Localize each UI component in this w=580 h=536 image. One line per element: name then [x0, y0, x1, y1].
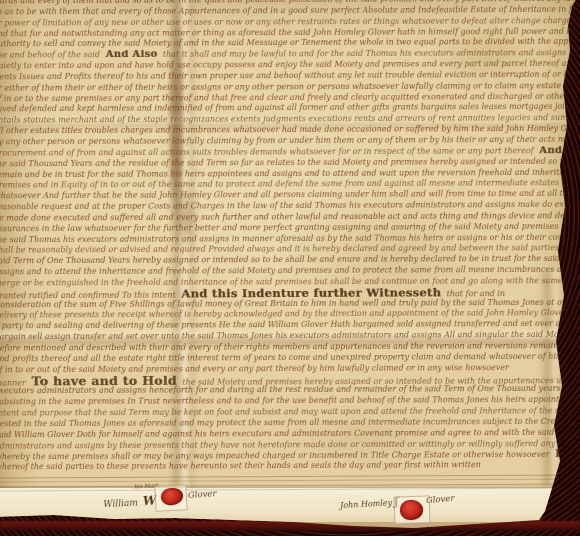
blackletter-phrase: And Also — [103, 49, 161, 60]
signature-surname: Glover — [188, 489, 217, 501]
bottom-fold-flap — [0, 488, 580, 522]
blackletter-phrase: And — [536, 146, 565, 156]
manuscript-line: whereof the said parties to these presen… — [0, 460, 580, 473]
ruled-line — [0, 478, 580, 482]
parchment-deed: wards and every of them that and so as t… — [0, 0, 580, 530]
manuscript-text: wards and every of them that and so as t… — [0, 0, 580, 473]
signature-first-name: William — [103, 498, 138, 510]
signature-name: John Homley — [340, 498, 392, 510]
ruled-line — [0, 483, 580, 487]
ruled-line — [0, 474, 580, 478]
blackletter-phrase: To have and to Hold — [28, 374, 179, 387]
